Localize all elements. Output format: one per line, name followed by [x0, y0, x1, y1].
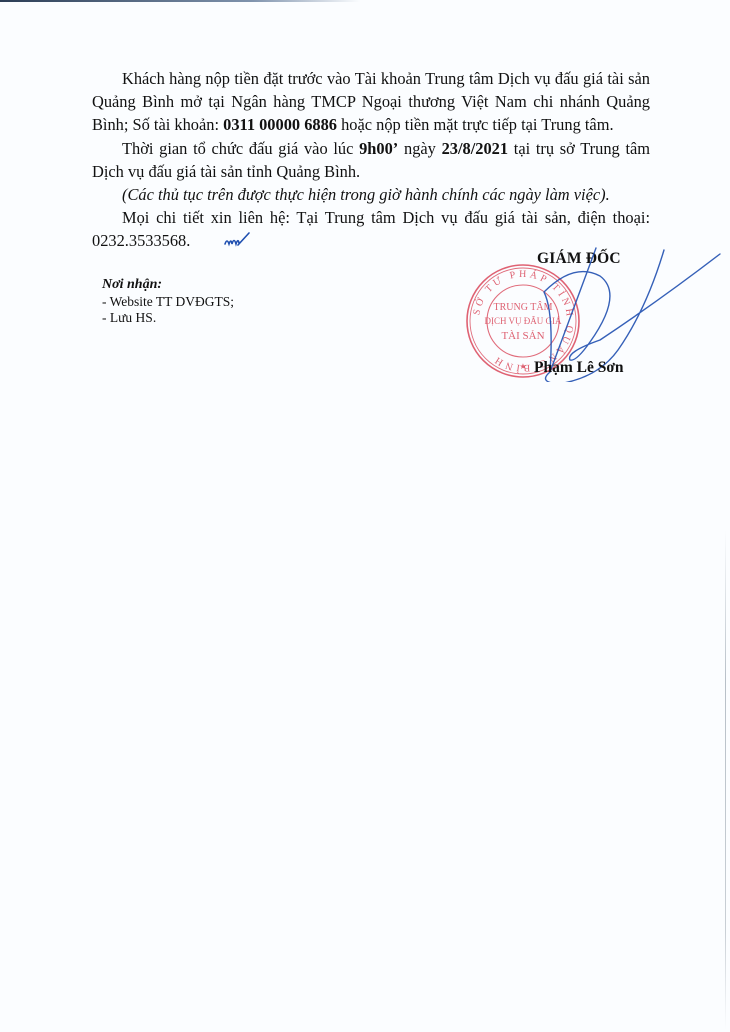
deposit-text-end: hoặc nộp tiền mặt trực tiếp tại Trung tâ…: [337, 115, 614, 134]
recipient-item: - Lưu HS.: [102, 310, 234, 327]
account-number: 0311 00000 6886: [223, 115, 337, 134]
recipients-heading: Nơi nhận:: [102, 277, 234, 294]
recipients-block: Nơi nhận: - Website TT DVĐGTS; - Lưu HS.: [102, 277, 234, 327]
auction-hour: 9h00’: [359, 139, 398, 158]
signature-block: SỞ TƯ PHÁP TỈNH QUẢNG BÌNH TRUNG TÂM DỊC…: [470, 246, 690, 386]
auction-time-text: Thời gian tổ chức đấu giá vào lúc: [122, 139, 359, 158]
scan-edge-top: [0, 0, 360, 2]
signer-name: Phạm Lê Sơn: [534, 359, 624, 377]
recipient-item: - Website TT DVĐGTS;: [102, 294, 234, 311]
document-body: Khách hàng nộp tiền đặt trước vào Tài kh…: [92, 67, 650, 256]
scan-edge-right: [725, 530, 726, 1030]
paragraph-note: (Các thủ tục trên được thực hiện trong g…: [92, 183, 650, 206]
auction-day-label: ngày: [398, 139, 441, 158]
paragraph-auction-time: Thời gian tổ chức đấu giá vào lúc 9h00’ …: [92, 137, 650, 183]
auction-date: 23/8/2021: [442, 139, 508, 158]
initials-scribble-icon: [192, 231, 252, 255]
paragraph-deposit: Khách hàng nộp tiền đặt trước vào Tài kh…: [92, 67, 650, 137]
